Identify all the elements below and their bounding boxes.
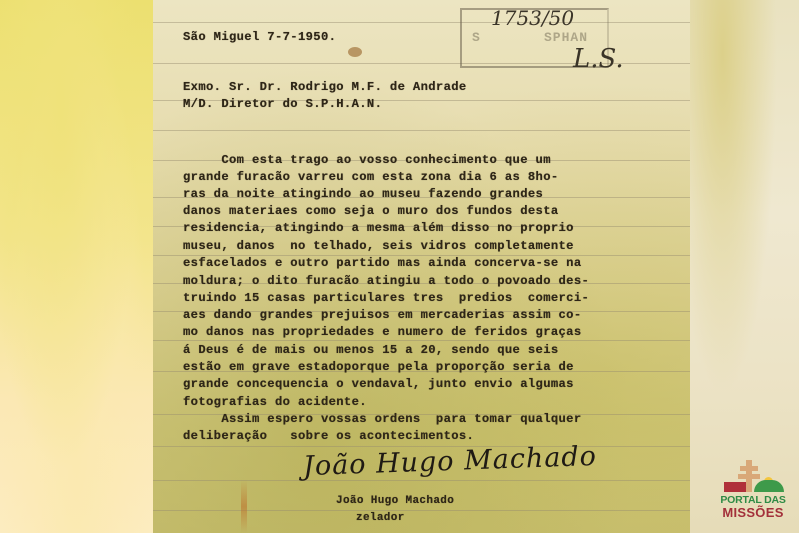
body-line: danos materiaes como seja o muro dos fun… <box>183 204 559 218</box>
body-line: á Deus é de mais ou menos 15 a 20, sendo… <box>183 343 559 357</box>
ruled-line <box>153 480 690 481</box>
body-line: esfacelados e outro partido mas ainda co… <box>183 256 582 270</box>
body-line: mo danos nas propriedades e numero de fe… <box>183 325 582 339</box>
typed-signature-name: João Hugo Machado <box>336 495 454 507</box>
stamp-left-text: S <box>472 30 481 45</box>
cross-bar <box>738 474 760 479</box>
body-line: museu, danos no telhado, seis vidros com… <box>183 239 574 253</box>
ruled-line <box>153 22 690 23</box>
addressee-line-2: M/D. Diretor do S.P.H.A.N. <box>183 97 382 111</box>
cross-bar <box>740 466 758 471</box>
body-line: grande furacão varreu com esta zona dia … <box>183 170 559 184</box>
hill-icon <box>754 480 784 492</box>
ruled-line <box>153 340 690 341</box>
rust-stain <box>241 480 247 533</box>
signatory-role: zelador <box>356 512 405 524</box>
ruins-icon <box>724 482 746 492</box>
ink-stain <box>348 47 362 57</box>
body-line: Assim espero vossas ordens para tomar qu… <box>183 412 582 426</box>
body-line: grande concequencia o vendaval, junto en… <box>183 377 574 391</box>
logo-text-line-2: MISSÕES <box>714 506 792 520</box>
handwritten-initials: L.S. <box>573 44 624 74</box>
addressee-line-1: Exmo. Sr. Dr. Rodrigo M.F. de Andrade <box>183 80 467 94</box>
body-line: deliberação sobre os acontecimentos. <box>183 429 474 443</box>
background-left-panel <box>0 0 153 533</box>
body-line: estão em grave estadoporque pela proporç… <box>183 360 574 374</box>
background-right-panel <box>690 0 799 533</box>
ruled-line <box>153 130 690 131</box>
ruled-line <box>153 510 690 511</box>
body-line: Com esta trago ao vosso conhecimento que… <box>183 153 551 167</box>
body-line: residencia, atingindo a mesma além disso… <box>183 221 574 235</box>
stamp-right-text: SPHAN <box>544 30 588 45</box>
handwritten-registry-number: 1753/50 <box>491 6 574 30</box>
handwritten-signature: João Hugo Machado <box>303 441 598 482</box>
body-line: aes dando grandes prejuisos em mercaderi… <box>183 308 582 322</box>
body-line: ras da noite atingindo ao museu fazendo … <box>183 187 543 201</box>
body-line: truindo 15 casas particulares tres predi… <box>183 291 589 305</box>
logo-emblem-icon <box>714 460 792 494</box>
body-line: moldura; o dito furacão atingiu a todo o… <box>183 274 589 288</box>
place-date: São Miguel 7-7-1950. <box>183 30 336 44</box>
letter-paper: S SPHAN 1753/50 L.S. São Miguel 7-7-1950… <box>153 0 690 533</box>
portal-das-missoes-logo: PORTAL DAS MISSÕES <box>714 460 792 526</box>
body-line: fotografias do acidente. <box>183 395 367 409</box>
